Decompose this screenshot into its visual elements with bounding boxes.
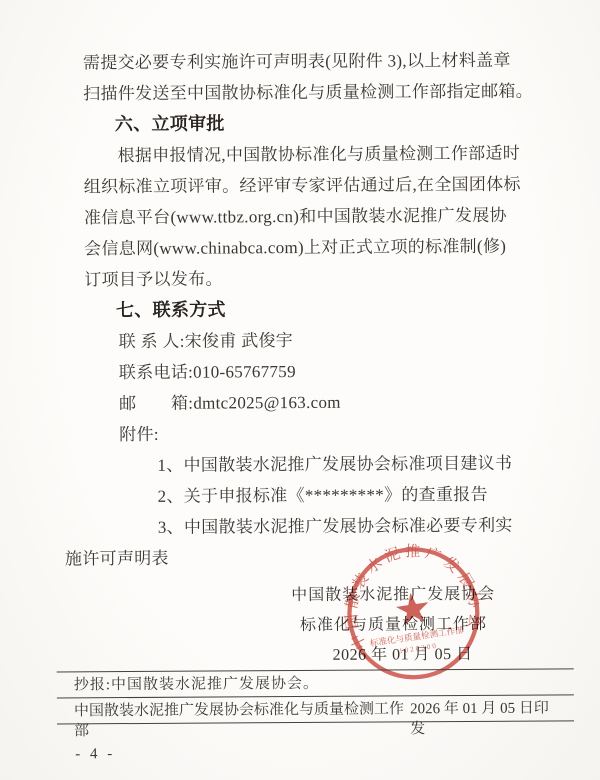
attachment-item-3-continuation: 施许可声明表 (65, 541, 538, 575)
attachment-item-2: 2、关于申报标准《*********》的查重报告 (86, 479, 538, 513)
body-line: 组织标准立项评审。经评审专家评估通过后,在全国团体标 (84, 169, 536, 203)
copy-to-line: 抄报:中国散装水泥推广发展协会。 (74, 672, 564, 695)
body-line: 会信息网(www.chinabca.com)上对正式立项的标准制(修) (84, 231, 536, 265)
signature-date: 2026 年 01 月 05 日 (274, 640, 514, 671)
body-line: 根据申报情况,中国散协标准化与质量检测工作部适时 (83, 138, 535, 172)
body-line: 需提交必要专利实施许可声明表(见附件 3),以上材料盖章 (83, 45, 535, 79)
signature-dept: 标准化与质量检测工作部 (273, 610, 513, 641)
attachment-item-3: 3、中国散装水泥推广发展协会标准必要专利实 (86, 510, 538, 544)
contact-phone-line: 联系电话:010-65767759 (85, 355, 537, 389)
contact-email-line: 邮 箱:dmtc2025@163.com (85, 386, 537, 420)
body-line: 扫描件发送至中国散协标准化与质量检测工作部指定邮箱。 (83, 76, 535, 110)
body-text: 需提交必要专利实施许可声明表(见附件 3),以上材料盖章 扫描件发送至中国散协标… (83, 45, 538, 575)
body-line: 订项目予以发布。 (84, 262, 536, 296)
scanned-sheet: 需提交必要专利实施许可声明表(见附件 3),以上材料盖章 扫描件发送至中国散协标… (0, 0, 600, 780)
signature-block: 中国散装水泥推广发展协会 标准化与质量检测工作部 2026 年 01 月 05 … (273, 580, 514, 671)
attachments-label: 附件: (85, 417, 537, 451)
section-heading-6: 六、立项审批 (83, 107, 535, 141)
issue-date-text: 2026 年 01 月 05 日印发 (410, 698, 560, 739)
signature-org: 中国散装水泥推广发展协会 (273, 580, 513, 611)
attachment-item-1: 1、中国散装水泥推广发展协会标准项目建议书 (85, 448, 537, 482)
section-heading-7: 七、联系方式 (84, 293, 536, 327)
issuer-text: 中国散装水泥推广发展协会标准化与质量检测工作部 (74, 699, 410, 741)
document-page: 需提交必要专利实施许可声明表(见附件 3),以上材料盖章 扫描件发送至中国散协标… (0, 0, 600, 780)
page-number: - 4 - (75, 746, 115, 763)
colophon-line: 中国散装水泥推广发展协会标准化与质量检测工作部 2026 年 01 月 05 日… (74, 698, 560, 741)
body-line: 准信息平台(www.ttbz.org.cn)和中国散装水泥推广发展协 (84, 200, 536, 234)
contact-person-line: 联 系 人:宋俊甫 武俊宇 (85, 324, 537, 358)
